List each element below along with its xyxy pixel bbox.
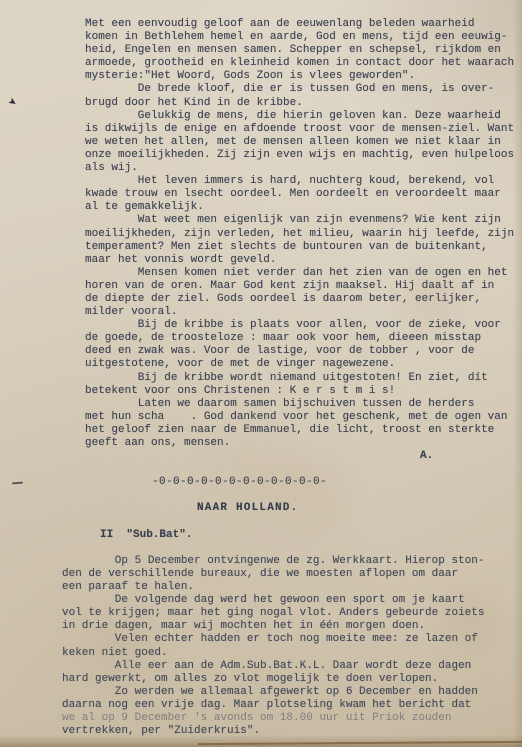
- subheading: II "Sub.Bat".: [62, 529, 522, 542]
- text-line: Laten we daarom samen bijschuiven tussen…: [85, 398, 522, 411]
- text-line: Gelukkig de mens, die hierin geloven kan…: [85, 110, 522, 123]
- text-line: kwade trouw en lsecht oordeel. Men oorde…: [85, 188, 522, 201]
- text-line: Zo werden we allemaal afgewerkt op 6 Dec…: [62, 686, 522, 699]
- text-line: temperament? Men ziet slechts de buntour…: [85, 241, 522, 254]
- text-line: armoede, grootheid en kleinheid komen in…: [85, 57, 522, 70]
- text-line: we weten het allen, met de mensen alleen…: [85, 136, 522, 149]
- text-line: als wij.: [85, 162, 522, 175]
- text-line: mysterie:"Het Woord, Gods Zoon is vlees …: [85, 70, 522, 83]
- signature-initial: A.: [85, 450, 522, 463]
- blank-line: [85, 489, 522, 502]
- document-text: Met een eenvoudig geloof aan de eeuwenla…: [0, 0, 522, 738]
- text-line: Bij de kribbe wordt niemand uitgestoten!…: [85, 372, 522, 385]
- text-line: een paraaf te halen.: [62, 581, 522, 594]
- blank-line: [62, 516, 522, 529]
- text-line: Alle eer aan de Adm.Sub.Bat.K.L. Daar wo…: [62, 660, 522, 673]
- text-line: onze moeilijkheden. Zij zijn even wijs e…: [85, 149, 522, 162]
- text-line: De brede kloof, die er is tussen God en …: [85, 83, 522, 96]
- text-line: hard gewerkt, om alles zo vlot mogelijk …: [62, 673, 522, 686]
- text-line: den de verschillende bureaux, die we moe…: [62, 568, 522, 581]
- text-line: Bij de kribbe is plaats voor allen, voor…: [85, 319, 522, 332]
- text-line: keken niet goed.: [62, 647, 522, 660]
- text-line: Op 5 December ontvingenwe de zg. Werkkaa…: [62, 555, 522, 568]
- text-line: het geloof zien naar de Emmanuel, die li…: [85, 424, 522, 437]
- text-line: heid, Engelen en mensen samen. Schepper …: [85, 44, 522, 57]
- text-line: al te gemakkelijk.: [85, 201, 522, 214]
- text-line: horen van de oren. Maar God kent zijn ma…: [85, 280, 522, 293]
- text-line: is dikwijls de enige en afdoende troost …: [85, 123, 522, 136]
- text-line: maar het vonnis wordt geveld.: [85, 254, 522, 267]
- text-line: Wat weet men eigenlijk van zijn evenmens…: [85, 214, 522, 227]
- text-line: daarna nog een vrije dag. Maar plotselin…: [62, 699, 522, 712]
- text-line: Mensen komen niet verder dan het zien va…: [85, 267, 522, 280]
- blank-line: [85, 463, 522, 476]
- paper-bottom-edge-line: [198, 741, 522, 745]
- text-line: komen in Bethlehem hemel en aarde, God e…: [85, 31, 522, 44]
- text-line: betekent voor ons Christenen : K e r s t…: [85, 385, 522, 398]
- meditation-section: Met een eenvoudig geloof aan de eeuwenla…: [0, 0, 522, 502]
- text-line: in drie dagen, maar wij mochten het in é…: [62, 620, 522, 633]
- text-line: Velen echter hadden er toch nog moeite m…: [62, 633, 522, 646]
- scanned-typewritten-page: ➤ Met een eenvoudig geloof aan de eeuwen…: [0, 0, 522, 747]
- text-line: vertrekken, per "Zuiderkruis".: [62, 725, 522, 738]
- text-line: brugd door het Kind in de kribbe.: [85, 97, 522, 110]
- text-line: met hun scha . God dankend voor het gesc…: [85, 411, 522, 424]
- divider-line: -0-0-0-0-0-0-0-0-0-0-0-0-: [85, 476, 522, 489]
- text-line: vol te krijgen; maar het ging nogal vlot…: [62, 607, 522, 620]
- section-heading: NAAR HOLLAND.: [62, 502, 522, 515]
- text-line: de goede, de troosteloze : maar ook voor…: [85, 332, 522, 345]
- blank-line: [62, 542, 522, 555]
- text-line: moeilijkheden, zijn verleden, het milieu…: [85, 228, 522, 241]
- naar-holland-section: NAAR HOLLAND.II "Sub.Bat". Op 5 December…: [0, 502, 522, 738]
- text-line: de diepte der ziel. Gods oordeel is daar…: [85, 293, 522, 306]
- text-line: geeft aan ons, mensen.: [85, 437, 522, 450]
- text-line: Het leven immers is hard, nuchterg koud,…: [85, 175, 522, 188]
- text-line: Met een eenvoudig geloof aan de eeuwenla…: [85, 18, 522, 31]
- text-line: De volgende dag werd het gewoon een spor…: [62, 594, 522, 607]
- text-line: milder vooral.: [85, 306, 522, 319]
- text-line: uitgestotene, voor de met de vinger nage…: [85, 358, 522, 371]
- text-line: deed en zwak was. Voor de lastige, voor …: [85, 345, 522, 358]
- text-line: we al op 9 December 's avonds om 18.00 u…: [62, 712, 522, 725]
